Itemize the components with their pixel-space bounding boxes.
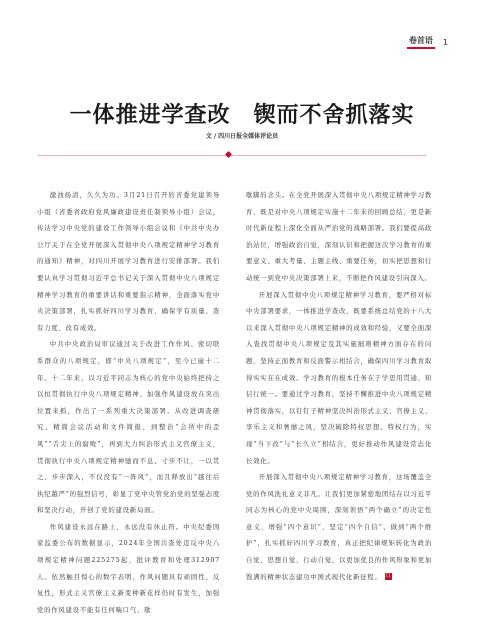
paragraph-1: 激浊扬清，久久为功。3月21日召开的省委党建领导小组（省委省政府党风廉政建设责任… [37,187,220,336]
title-divider [38,155,426,156]
paragraph-5-text: 开展深入贯彻中央八项规定精神学习教育，这场覆盖全党的作风洗礼意义非凡。让我们更加… [246,473,432,581]
article-title: 一体推进学查改 锲而不舍抓落实 [0,98,484,129]
body-column-left: 激浊扬清，久久为功。3月21日召开的省委党建领导小组（省委省政府党风廉政建设责任… [37,187,220,618]
paragraph-2: 中共中央政治局审议通过关于改进工作作风、密切联系群众的八项规定，即“中央八项规定… [37,336,220,519]
diamond-ornament-icon [225,151,232,158]
paragraph-3-start: 作风建设永远在路上，永远没有休止符。中央纪委国家监委公布的数据显示，2024年全… [37,519,220,619]
paragraph-3-end: 歇脚的念头。在全党开展深入贯彻中央八项规定精神学习教育，既是对中央八项规定实施十… [246,187,432,287]
article-byline: 文 / 四川日报全媒体评论员 [0,131,484,140]
page-number: 1 [443,38,448,47]
page-header: 卷首语 1 [407,35,448,49]
paragraph-5: 开展深入贯彻中央八项规定精神学习教育，这场覆盖全党的作风洗礼意义非凡。让我们更加… [246,469,432,585]
paragraph-4: 开展深入贯彻中央八项规定精神学习教育，要严格对标中央部署要求，一体推进学查改，既… [246,287,432,470]
body-column-right: 歇脚的念头。在全党开展深入贯彻中央八项规定精神学习教育，既是对中央八项规定实施十… [246,187,432,585]
end-mark-icon: 口 [385,573,392,580]
section-label: 卷首语 [407,35,435,49]
